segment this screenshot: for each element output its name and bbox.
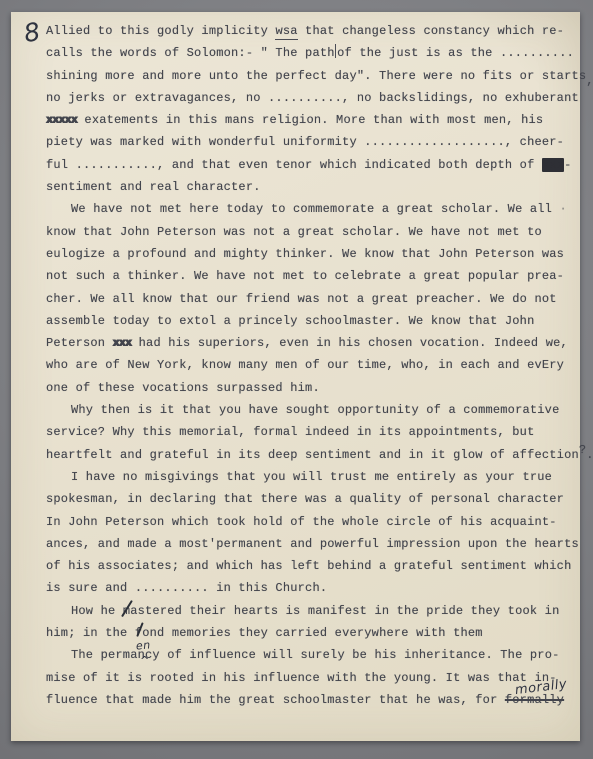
typed-text: eulogize a profound and mighty thinker. … xyxy=(46,247,564,261)
photo-background: 8 Allied to this godly implicity wsa tha… xyxy=(0,0,593,759)
typed-line: calls the words of Solomon:- " The patho… xyxy=(46,42,574,64)
typed-line: not such a thinker. We have not met to c… xyxy=(46,265,574,287)
handwritten-page-number: 8 xyxy=(22,17,43,48)
typed-text: The perman xyxy=(71,648,145,662)
sup-mark: ? xyxy=(579,443,586,457)
typed-line: The permancyen^ of influence will surely… xyxy=(46,644,574,666)
typed-text-block: Allied to this godly implicity wsa that … xyxy=(46,20,574,711)
typed-line: spokesman, in declaring that there was a… xyxy=(46,488,574,510)
typed-line: piety was marked with wonderful uniformi… xyxy=(46,131,574,153)
typed-line: Allied to this godly implicity wsa that … xyxy=(46,20,574,42)
typed-text: service? Why this memorial, formal indee… xyxy=(46,425,534,439)
typed-text: one of these vocations surpassed him. xyxy=(46,381,320,395)
blackout-mark: xxx xyxy=(542,158,564,172)
typed-line: of his associates; and which has left be… xyxy=(46,555,574,577)
typed-text: of the just is as the .......... xyxy=(337,46,574,60)
typed-line: How he mastered their hearts is manifest… xyxy=(46,600,574,622)
typed-line: mise of it is rooted in his influence wi… xyxy=(46,667,574,689)
typed-text: mise of it is rooted in his influence wi… xyxy=(46,671,557,685)
typed-line: know that John Peterson was not a great … xyxy=(46,221,574,243)
typed-text: sentiment and real character. xyxy=(46,180,261,194)
typed-text: ful ..........., and that even tenor whi… xyxy=(46,158,542,172)
typed-text: of his associates; and which has left be… xyxy=(46,559,571,573)
typed-text: shining more and more unto the perfect d… xyxy=(46,69,586,83)
xover-mark: xxxxx xyxy=(46,113,77,127)
typed-text: piety was marked with wonderful uniformi… xyxy=(46,135,564,149)
handwritten-caret: ^ xyxy=(140,650,150,672)
typed-line: who are of New York, know many men of ou… xyxy=(46,354,574,376)
typed-line: shining more and more unto the perfect d… xyxy=(46,65,574,87)
typed-line: sentiment and real character. xyxy=(46,176,574,198)
typed-text: not such a thinker. We have not met to c… xyxy=(46,269,564,283)
typed-text: that changeless constancy which re- xyxy=(298,24,564,38)
typed-line: In John Peterson which took hold of the … xyxy=(46,511,574,533)
u-mark: wsa xyxy=(275,24,297,40)
typed-text: heartfelt and grateful in its deep senti… xyxy=(46,448,579,462)
xover-mark: xxx xyxy=(113,336,132,350)
typed-line: cher. We all know that our friend was no… xyxy=(46,288,574,310)
typed-text: How he xyxy=(71,604,123,618)
typed-line: no jerks or extravagances, no ..........… xyxy=(46,87,574,109)
typed-line: ful ..........., and that even tenor whi… xyxy=(46,154,574,176)
typed-text: astered their hearts is manifest in the … xyxy=(130,604,559,618)
typed-text: ances, and made a most'permanent and pow… xyxy=(46,537,579,551)
typed-text: fluence that made him the great schoolma… xyxy=(46,693,505,707)
typed-line: him; in the fond memories they carried e… xyxy=(46,622,574,644)
typed-line: Why then is it that you have sought oppo… xyxy=(46,399,574,421)
typed-text: cher. We all know that our friend was no… xyxy=(46,292,557,306)
typed-text: know that John Peterson was not a great … xyxy=(46,225,542,239)
typed-text: who are of New York, know many men of ou… xyxy=(46,358,564,372)
ins-mark: cyen^ xyxy=(145,648,160,662)
faint-mark: · xyxy=(559,202,566,216)
typed-line: I have no misgivings that you will trust… xyxy=(46,466,574,488)
pen1-mark: m xyxy=(123,604,130,618)
typed-text: We have not met here today to commemorat… xyxy=(71,202,559,216)
typed-line: assemble today to extol a princely schoo… xyxy=(46,310,574,332)
typed-text: Why then is it that you have sought oppo… xyxy=(71,403,559,417)
typed-text: Allied to this godly implicity xyxy=(46,24,275,38)
typed-line: Peterson xxx had his superiors, even in … xyxy=(46,332,574,354)
manuscript-page: 8 Allied to this godly implicity wsa tha… xyxy=(11,12,580,741)
typed-text: - xyxy=(564,158,571,172)
typed-text: is sure and .......... in this Church. xyxy=(46,581,327,595)
typed-line: xxxxx exatements in this mans religion. … xyxy=(46,109,574,131)
typed-text: had his superiors, even in his chosen vo… xyxy=(131,336,568,350)
typed-text: exatements in this mans religion. More t… xyxy=(77,113,543,127)
typed-text: assemble today to extol a princely schoo… xyxy=(46,314,534,328)
typed-line: is sure and .......... in this Church. xyxy=(46,577,574,599)
typed-text: spokesman, in declaring that there was a… xyxy=(46,492,564,506)
sub-mark: , xyxy=(586,74,593,88)
typed-text: calls the words of Solomon:- " The path xyxy=(46,46,335,60)
typed-text: Peterson xyxy=(46,336,113,350)
typed-line: heartfelt and grateful in its deep senti… xyxy=(46,444,574,466)
strike-mark: formallymorally xyxy=(505,693,564,707)
typed-text: of influence will surely be his inherita… xyxy=(160,648,560,662)
typed-line: service? Why this memorial, formal indee… xyxy=(46,421,574,443)
typed-text: . xyxy=(586,448,593,462)
typed-text: I have no misgivings that you will trust… xyxy=(71,470,552,484)
typed-line: fluence that made him the great schoolma… xyxy=(46,689,574,711)
typed-text: no jerks or extravagances, no ..........… xyxy=(46,91,579,105)
typed-text: In John Peterson which took hold of the … xyxy=(46,515,557,529)
typed-line: eulogize a profound and mighty thinker. … xyxy=(46,243,574,265)
typed-text: him; in the xyxy=(46,626,135,640)
vbar-mark xyxy=(335,44,337,58)
typed-line: ances, and made a most'permanent and pow… xyxy=(46,533,574,555)
typed-line: one of these vocations surpassed him. xyxy=(46,377,574,399)
typed-line: We have not met here today to commemorat… xyxy=(46,198,574,220)
typed-text: ond memories they carried everywhere wit… xyxy=(142,626,482,640)
